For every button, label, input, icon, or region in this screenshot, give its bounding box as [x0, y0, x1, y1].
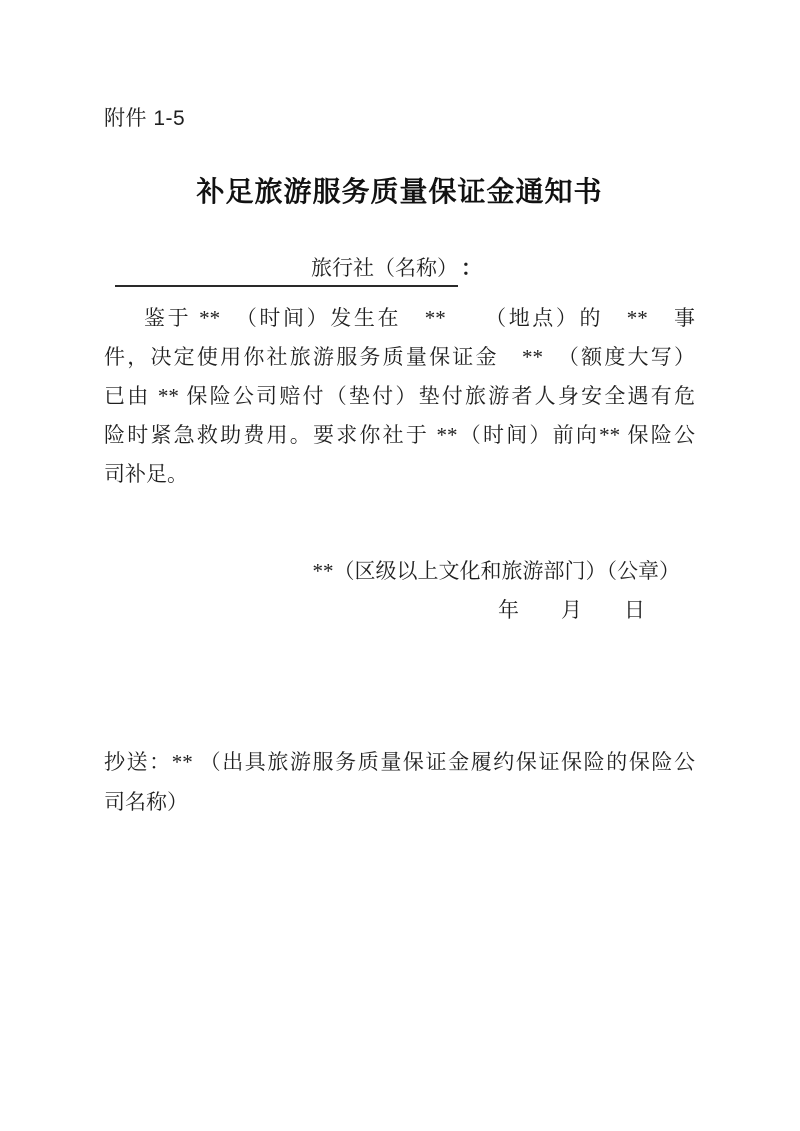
salutation-line: 旅行社（名称）： — [104, 253, 695, 287]
signature-block: **（区级以上文化和旅游部门）（公章） 年 月 日 — [104, 552, 695, 630]
body-paragraph: 鉴于 ** （时间）发生在 ** （地点）的 ** 事 件，决定使用你社旅游服务… — [104, 299, 695, 494]
travel-agency-name-label: 旅行社（名称） — [311, 256, 458, 280]
body-line-5: 司补足。 — [104, 455, 695, 494]
date-line: 年 月 日 — [104, 591, 695, 630]
body-line-4: 险时紧急救助费用。要求你社于 **（时间）前向** 保险公 — [104, 416, 695, 455]
attachment-label: 附件 1-5 — [104, 104, 695, 134]
document-title: 补足旅游服务质量保证金通知书 — [104, 172, 695, 212]
document-page: 附件 1-5 补足旅游服务质量保证金通知书 旅行社（名称）： 鉴于 ** （时间… — [0, 0, 800, 1131]
body-line-1: 鉴于 ** （时间）发生在 ** （地点）的 ** 事 — [104, 299, 695, 338]
cc-line-2: 司名称） — [104, 782, 695, 822]
body-line-3: 已由 ** 保险公司赔付（垫付）垫付旅游者人身安全遇有危 — [104, 377, 695, 416]
cc-block: 抄送：** （出具旅游服务质量保证金履约保证保险的保险公 司名称） — [104, 742, 695, 822]
salutation-colon: ： — [461, 256, 482, 280]
body-line-2: 件，决定使用你社旅游服务质量保证金 ** （额度大写） — [104, 338, 695, 377]
name-underline-group: 旅行社（名称） — [115, 253, 458, 287]
issuing-authority-seal-line: **（区级以上文化和旅游部门）（公章） — [104, 552, 695, 591]
cc-line-1: 抄送：** （出具旅游服务质量保证金履约保证保险的保险公 — [104, 742, 695, 782]
